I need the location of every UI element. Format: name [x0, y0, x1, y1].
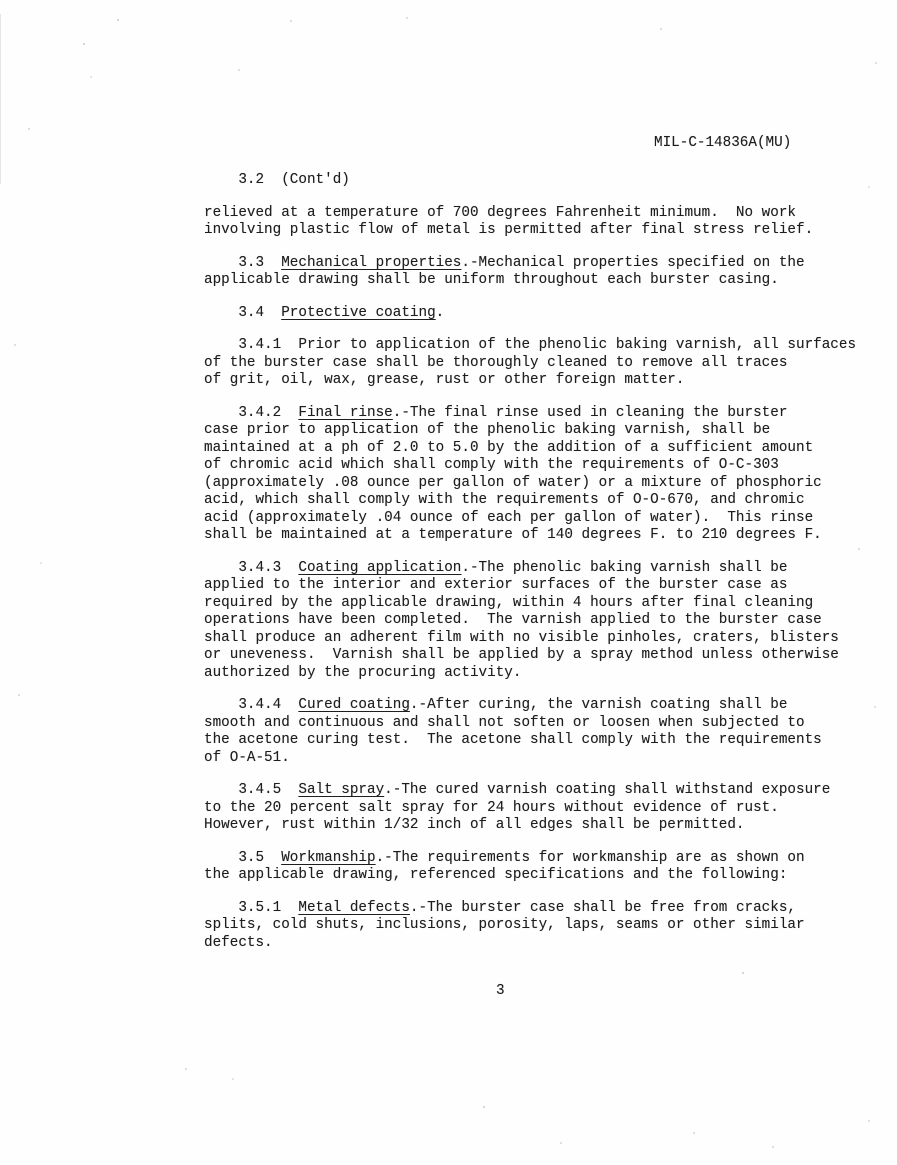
paragraph-text: 3.2 (Cont'd)	[204, 172, 350, 188]
paragraph-text: 3.4.1 Prior to application of the phenol…	[204, 337, 856, 388]
paragraph-text: 3.4.4	[204, 697, 298, 713]
paragraph: 3.5.1 Metal defects.-The burster case sh…	[204, 900, 894, 953]
paragraph: 3.4.2 Final rinse.-The final rinse used …	[204, 405, 894, 545]
paragraph: 3.4.3 Coating application.-The phenolic …	[204, 560, 894, 683]
underlined-heading: Cured coating	[298, 697, 410, 713]
paragraph: 3.2 (Cont'd)	[204, 172, 894, 190]
scan-edge-artifact	[0, 14, 1, 184]
scanned-document-page: MIL-C-14836A(MU) 3.2 (Cont'd)relieved at…	[0, 0, 897, 1165]
paragraph: 3.4.4 Cured coating.-After curing, the v…	[204, 697, 894, 767]
paragraph-text: 3.4.5	[204, 782, 298, 798]
paragraph-text: .	[436, 305, 445, 321]
paragraph-text: 3.5	[204, 850, 281, 866]
paragraph-text: .-The final rinse used in cleaning the b…	[204, 405, 822, 544]
underlined-heading: Coating application	[298, 560, 461, 576]
document-number: MIL-C-14836A(MU)	[654, 134, 791, 152]
paragraph-text: 3.5.1	[204, 900, 298, 916]
underlined-heading: Protective coating	[281, 305, 435, 321]
scan-noise-specks	[0, 0, 2, 2]
paragraph: relieved at a temperature of 700 degrees…	[204, 205, 894, 240]
underlined-heading: Final rinse	[298, 405, 392, 421]
underlined-heading: Mechanical properties	[281, 255, 461, 271]
paragraph-text: 3.4.2	[204, 405, 298, 421]
page-number: 3	[496, 982, 505, 1000]
paragraph-text: relieved at a temperature of 700 degrees…	[204, 205, 813, 239]
document-body: 3.2 (Cont'd)relieved at a temperature of…	[204, 172, 894, 967]
paragraph-text: 3.4	[204, 305, 281, 321]
underlined-heading: Metal defects	[298, 900, 410, 916]
underlined-heading: Salt spray	[298, 782, 384, 798]
paragraph: 3.4 Protective coating.	[204, 305, 894, 323]
paragraph-text: 3.3	[204, 255, 281, 271]
paragraph: 3.4.1 Prior to application of the phenol…	[204, 337, 894, 390]
underlined-heading: Workmanship	[281, 850, 375, 866]
paragraph-text: .-The phenolic baking varnish shall be a…	[204, 560, 839, 681]
paragraph: 3.3 Mechanical properties.-Mechanical pr…	[204, 255, 894, 290]
paragraph: 3.5 Workmanship.-The requirements for wo…	[204, 850, 894, 885]
paragraph-text: 3.4.3	[204, 560, 298, 576]
paragraph: 3.4.5 Salt spray.-The cured varnish coat…	[204, 782, 894, 835]
